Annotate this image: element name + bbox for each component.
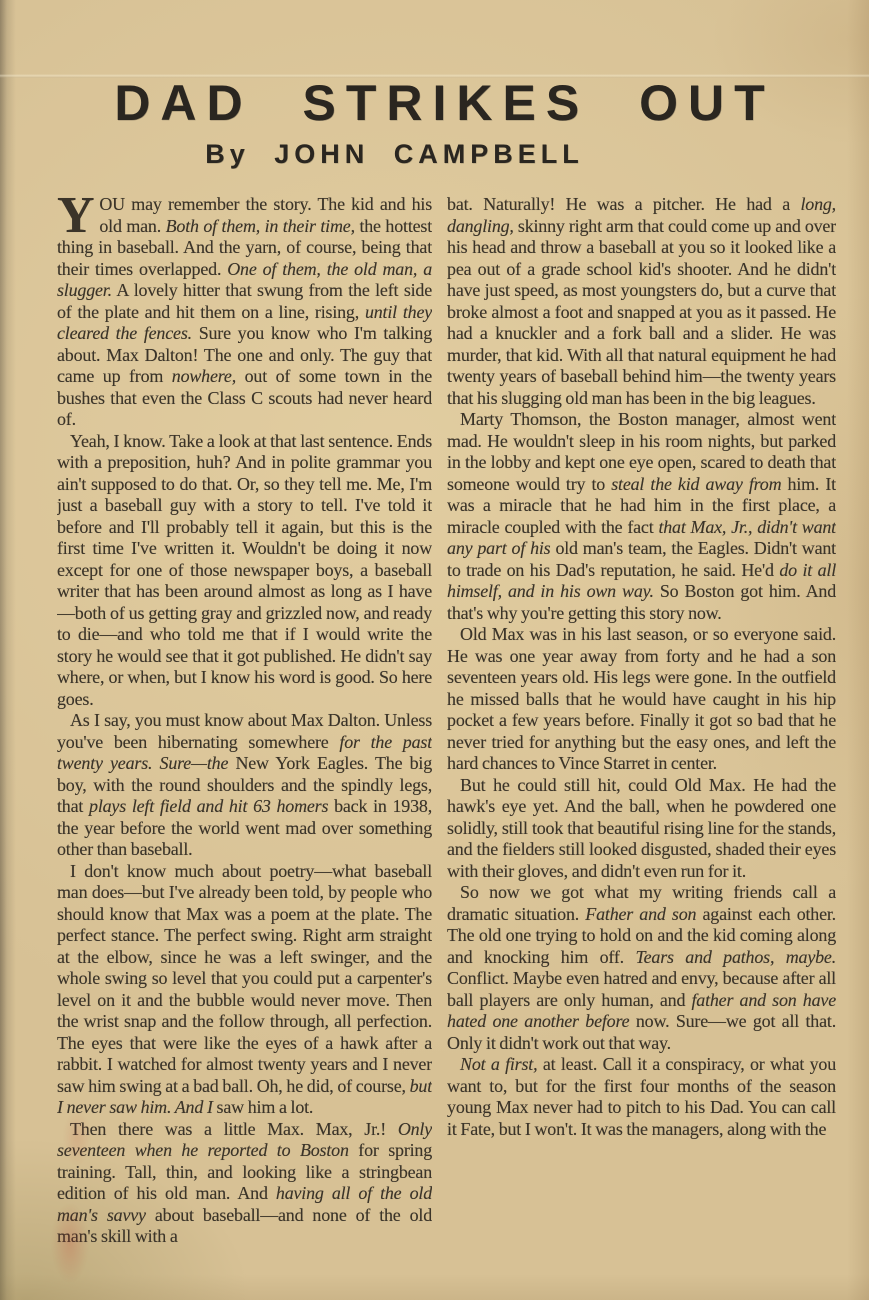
paragraph: Not a first, at least. Call it a conspir… xyxy=(447,1054,836,1140)
italic-text-run: nowhere, xyxy=(172,366,236,386)
text-run: But he could still hit, could Old Max. H… xyxy=(447,775,836,881)
text-run: Yeah, I know. Take a look at that last s… xyxy=(57,431,432,709)
italic-text-run: Father and son xyxy=(585,904,696,924)
story-body: YOU may remember the story. The kid and … xyxy=(0,170,869,1294)
paragraph: I don't know much about poetry—what base… xyxy=(57,861,432,1119)
italic-text-run: Not a first, xyxy=(460,1054,537,1074)
italic-text-run: Both of them, in their time, xyxy=(166,216,355,236)
paragraph: Then there was a little Max. Max, Jr.! O… xyxy=(57,1119,432,1248)
italic-text-run: plays left field and hit 63 homers xyxy=(89,796,328,816)
paragraph: bat. Naturally! He was a pitcher. He had… xyxy=(447,194,836,409)
text-run: skinny right arm that could come up and … xyxy=(447,216,836,408)
story-text-left-column: YOU may remember the story. The kid and … xyxy=(57,194,432,1294)
scanned-magazine-page: DAD STRIKES OUT By JOHN CAMPBELL YOU may… xyxy=(0,0,869,1300)
italic-text-run: Tears and pathos, maybe. xyxy=(635,947,836,967)
paragraph: Yeah, I know. Take a look at that last s… xyxy=(57,431,432,711)
paragraph: As I say, you must know about Max Dalton… xyxy=(57,710,432,861)
text-run: saw him a lot. xyxy=(213,1097,314,1117)
page-title: DAD STRIKES OUT xyxy=(10,78,869,128)
paragraph: So now we got what my writing friends ca… xyxy=(447,882,836,1054)
byline: By JOHN CAMPBELL xyxy=(0,138,829,170)
paragraph: Old Max was in his last season, or so ev… xyxy=(447,624,836,775)
text-run: Old Max was in his last season, or so ev… xyxy=(447,624,836,773)
story-masthead: DAD STRIKES OUT By JOHN CAMPBELL xyxy=(0,0,869,170)
story-text-right-column: bat. Naturally! He was a pitcher. He had… xyxy=(447,194,836,1294)
drop-cap: Y xyxy=(57,194,99,236)
paragraph: YOU may remember the story. The kid and … xyxy=(57,194,432,431)
text-run: I don't know much about poetry—what base… xyxy=(57,861,432,1096)
paragraph: Marty Thomson, the Boston manager, almos… xyxy=(447,409,836,624)
paragraph: But he could still hit, could Old Max. H… xyxy=(447,775,836,883)
text-run: Then there was a little Max. Max, Jr.! xyxy=(70,1119,398,1139)
italic-text-run: steal the kid away from xyxy=(611,474,781,494)
text-run: bat. Naturally! He was a pitcher. He had… xyxy=(447,194,800,214)
